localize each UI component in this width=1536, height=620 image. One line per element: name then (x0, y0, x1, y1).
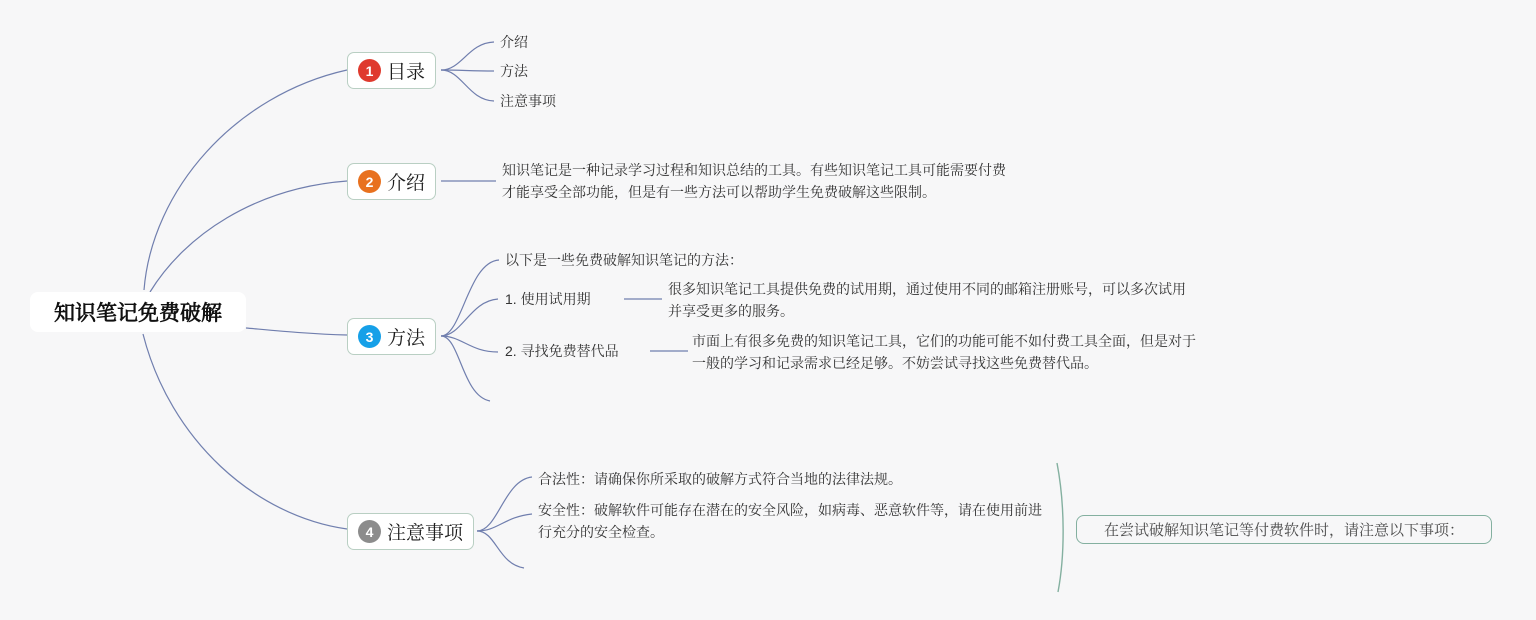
branch-label: 介绍 (387, 168, 425, 195)
badge-2-icon: 2 (358, 170, 381, 193)
method-item1-title[interactable]: 1. 使用试用期 (505, 288, 591, 310)
edge-root-to-branch3 (246, 328, 347, 335)
method-item1-desc[interactable]: 很多知识笔记工具提供免费的试用期，通过使用不同的邮箱注册账号，可以多次试用并享受… (668, 278, 1192, 322)
branch-node-intro[interactable]: 2 介绍 (347, 163, 436, 200)
branch-node-catalog[interactable]: 1 目录 (347, 52, 436, 89)
edge-root-to-branch1 (144, 70, 347, 290)
badge-3-icon: 3 (358, 325, 381, 348)
method-item2-desc[interactable]: 市面上有很多免费的知识笔记工具，它们的功能可能不如付费工具全面，但是对于一般的学… (692, 330, 1198, 374)
branch-node-methods[interactable]: 3 方法 (347, 318, 436, 355)
branch-label: 目录 (387, 57, 425, 84)
badge-4-icon: 4 (358, 520, 381, 543)
edge-branch3-item1 (441, 299, 498, 336)
branch-label: 方法 (387, 323, 425, 350)
summary-brace (1057, 463, 1063, 592)
intro-note-text[interactable]: 知识笔记是一种记录学习过程和知识总结的工具。有些知识笔记工具可能需要付费才能享受… (502, 159, 1018, 203)
edge-root-to-branch2 (150, 181, 347, 292)
catalog-child-methods[interactable]: 方法 (500, 60, 528, 82)
edge-branch1-child3 (441, 70, 494, 101)
edge-root-to-branch4 (143, 334, 347, 529)
edge-branch1-child2 (441, 70, 494, 71)
root-node[interactable]: 知识笔记免费破解 (30, 292, 246, 332)
branch-node-notes[interactable]: 4 注意事项 (347, 513, 474, 550)
note-point-safety[interactable]: 安全性：破解软件可能存在潜在的安全风险，如病毒、恶意软件等，请在使用前进行充分的… (538, 499, 1050, 543)
catalog-child-notes[interactable]: 注意事项 (500, 90, 556, 112)
mindmap-canvas: { "canvas": { "background": "#f7f7f8", "… (0, 0, 1536, 620)
edge-branch4-tail (477, 531, 524, 568)
edge-branch3-tail (441, 336, 490, 401)
branch-label: 注意事项 (387, 518, 463, 545)
edge-branch3-item2 (441, 336, 498, 352)
summary-note-box[interactable]: 在尝试破解知识笔记等付费软件时，请注意以下事项： (1076, 515, 1492, 544)
edge-branch1-child1 (441, 42, 494, 70)
methods-intro-text[interactable]: 以下是一些免费破解知识笔记的方法： (505, 249, 743, 271)
edge-branch3-intro (441, 260, 499, 336)
catalog-child-intro[interactable]: 介绍 (500, 31, 528, 53)
badge-1-icon: 1 (358, 59, 381, 82)
method-item2-title[interactable]: 2. 寻找免费替代品 (505, 340, 619, 362)
note-point-legality[interactable]: 合法性：请确保你所采取的破解方式符合当地的法律法规。 (538, 468, 1038, 490)
